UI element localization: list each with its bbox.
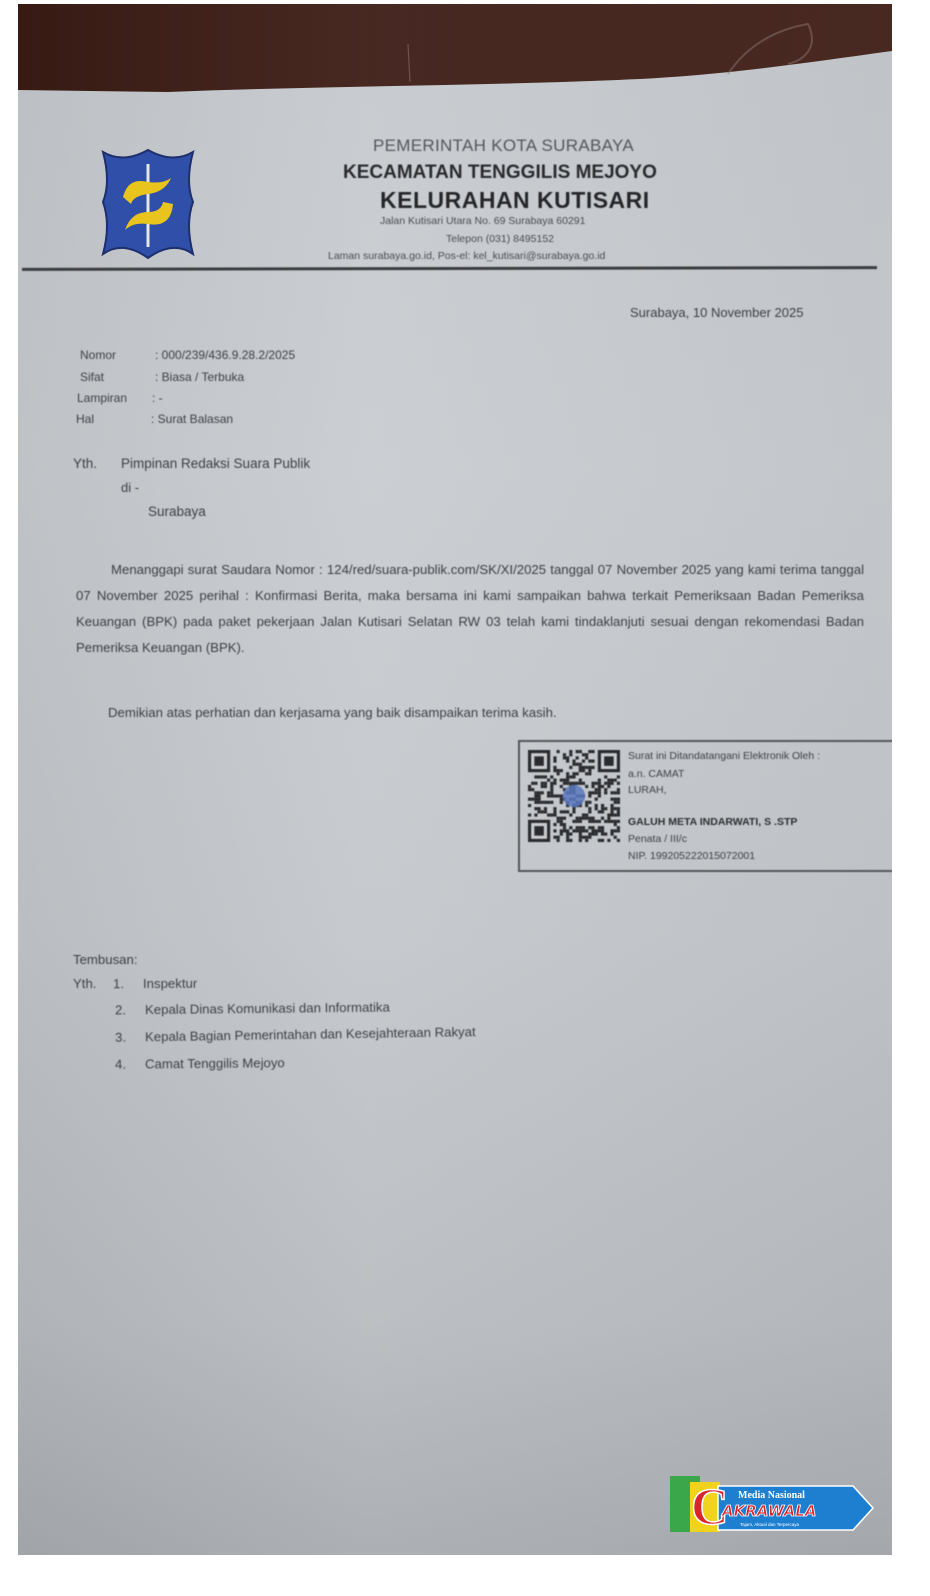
recipient-name: Yth.Pimpinan Redaksi Suara Publik: [73, 456, 310, 471]
electronic-signature-box: Surat ini Ditandatangani Elektronik Oleh…: [518, 740, 892, 872]
svg-text:Tajam, Aktual dan Terpercaya: Tajam, Aktual dan Terpercaya: [740, 1522, 799, 1527]
svg-text:AKRAWALA: AKRAWALA: [721, 1502, 816, 1520]
svg-text:Media Nasional: Media Nasional: [738, 1490, 805, 1501]
cc-item: 1.Inspektur: [113, 976, 197, 991]
letterhead-government: PEMERINTAH KOTA SURABAYA: [373, 136, 634, 156]
signature-statement: Surat ini Ditandatangani Elektronik Oleh…: [628, 750, 820, 762]
letterhead-divider: [22, 266, 877, 271]
signature-on-behalf: a.n. CAMAT: [628, 768, 684, 780]
signature-position: LURAH,: [628, 784, 667, 796]
meta-subject: Hal: Surat Balasan: [76, 412, 233, 426]
recipient-city: Surabaya: [148, 504, 206, 519]
letterhead-phone: Telepon (031) 8495152: [446, 233, 554, 245]
meta-attachment: Lampiran: -: [77, 391, 163, 405]
cc-item: 2.Kepala Dinas Komunikasi dan Informatik…: [115, 1000, 390, 1018]
media-cakrawala-watermark-logo: C Media Nasional AKRAWALA Tajam, Aktual …: [668, 1474, 878, 1536]
cc-prefix: Yth.: [73, 976, 96, 991]
signer-name: GALUH META INDARWATI, S .STP: [628, 816, 797, 828]
surabaya-city-emblem-icon: [93, 142, 203, 262]
letterhead-district: KECAMATAN TENGGILIS MEJOYO: [343, 162, 657, 184]
recipient-at: di -: [121, 480, 139, 495]
signer-rank: Penata / III/c: [628, 833, 687, 845]
letterhead-village: KELURAHAN KUTISARI: [380, 187, 650, 214]
letter-photo: PEMERINTAH KOTA SURABAYA KECAMATAN TENGG…: [18, 4, 892, 1555]
qr-code-icon: [528, 750, 620, 842]
meta-number: Nomor: 000/239/436.9.28.2/2025: [80, 348, 295, 362]
letter-date: Surabaya, 10 November 2025: [630, 304, 830, 322]
signer-nip: NIP. 199205222015072001: [628, 850, 755, 862]
letterhead-address: Jalan Kutisari Utara No. 69 Surabaya 602…: [380, 215, 585, 227]
letter-body: Menanggapi surat Saudara Nomor : 124/red…: [76, 557, 864, 661]
meta-nature: Sifat: Biasa / Terbuka: [80, 370, 244, 384]
cc-title: Tembusan:: [73, 952, 138, 967]
cc-item: 3.Kepala Bagian Pemerintahan dan Kesejah…: [115, 1024, 476, 1045]
cc-item: 4.Camat Tenggilis Mejoyo: [115, 1055, 285, 1071]
letterhead-web-email: Laman surabaya.go.id, Pos-el: kel_kutisa…: [328, 250, 605, 262]
wooden-table-background: [18, 4, 892, 104]
letter-closing: Demikian atas perhatian dan kerjasama ya…: [108, 705, 557, 720]
